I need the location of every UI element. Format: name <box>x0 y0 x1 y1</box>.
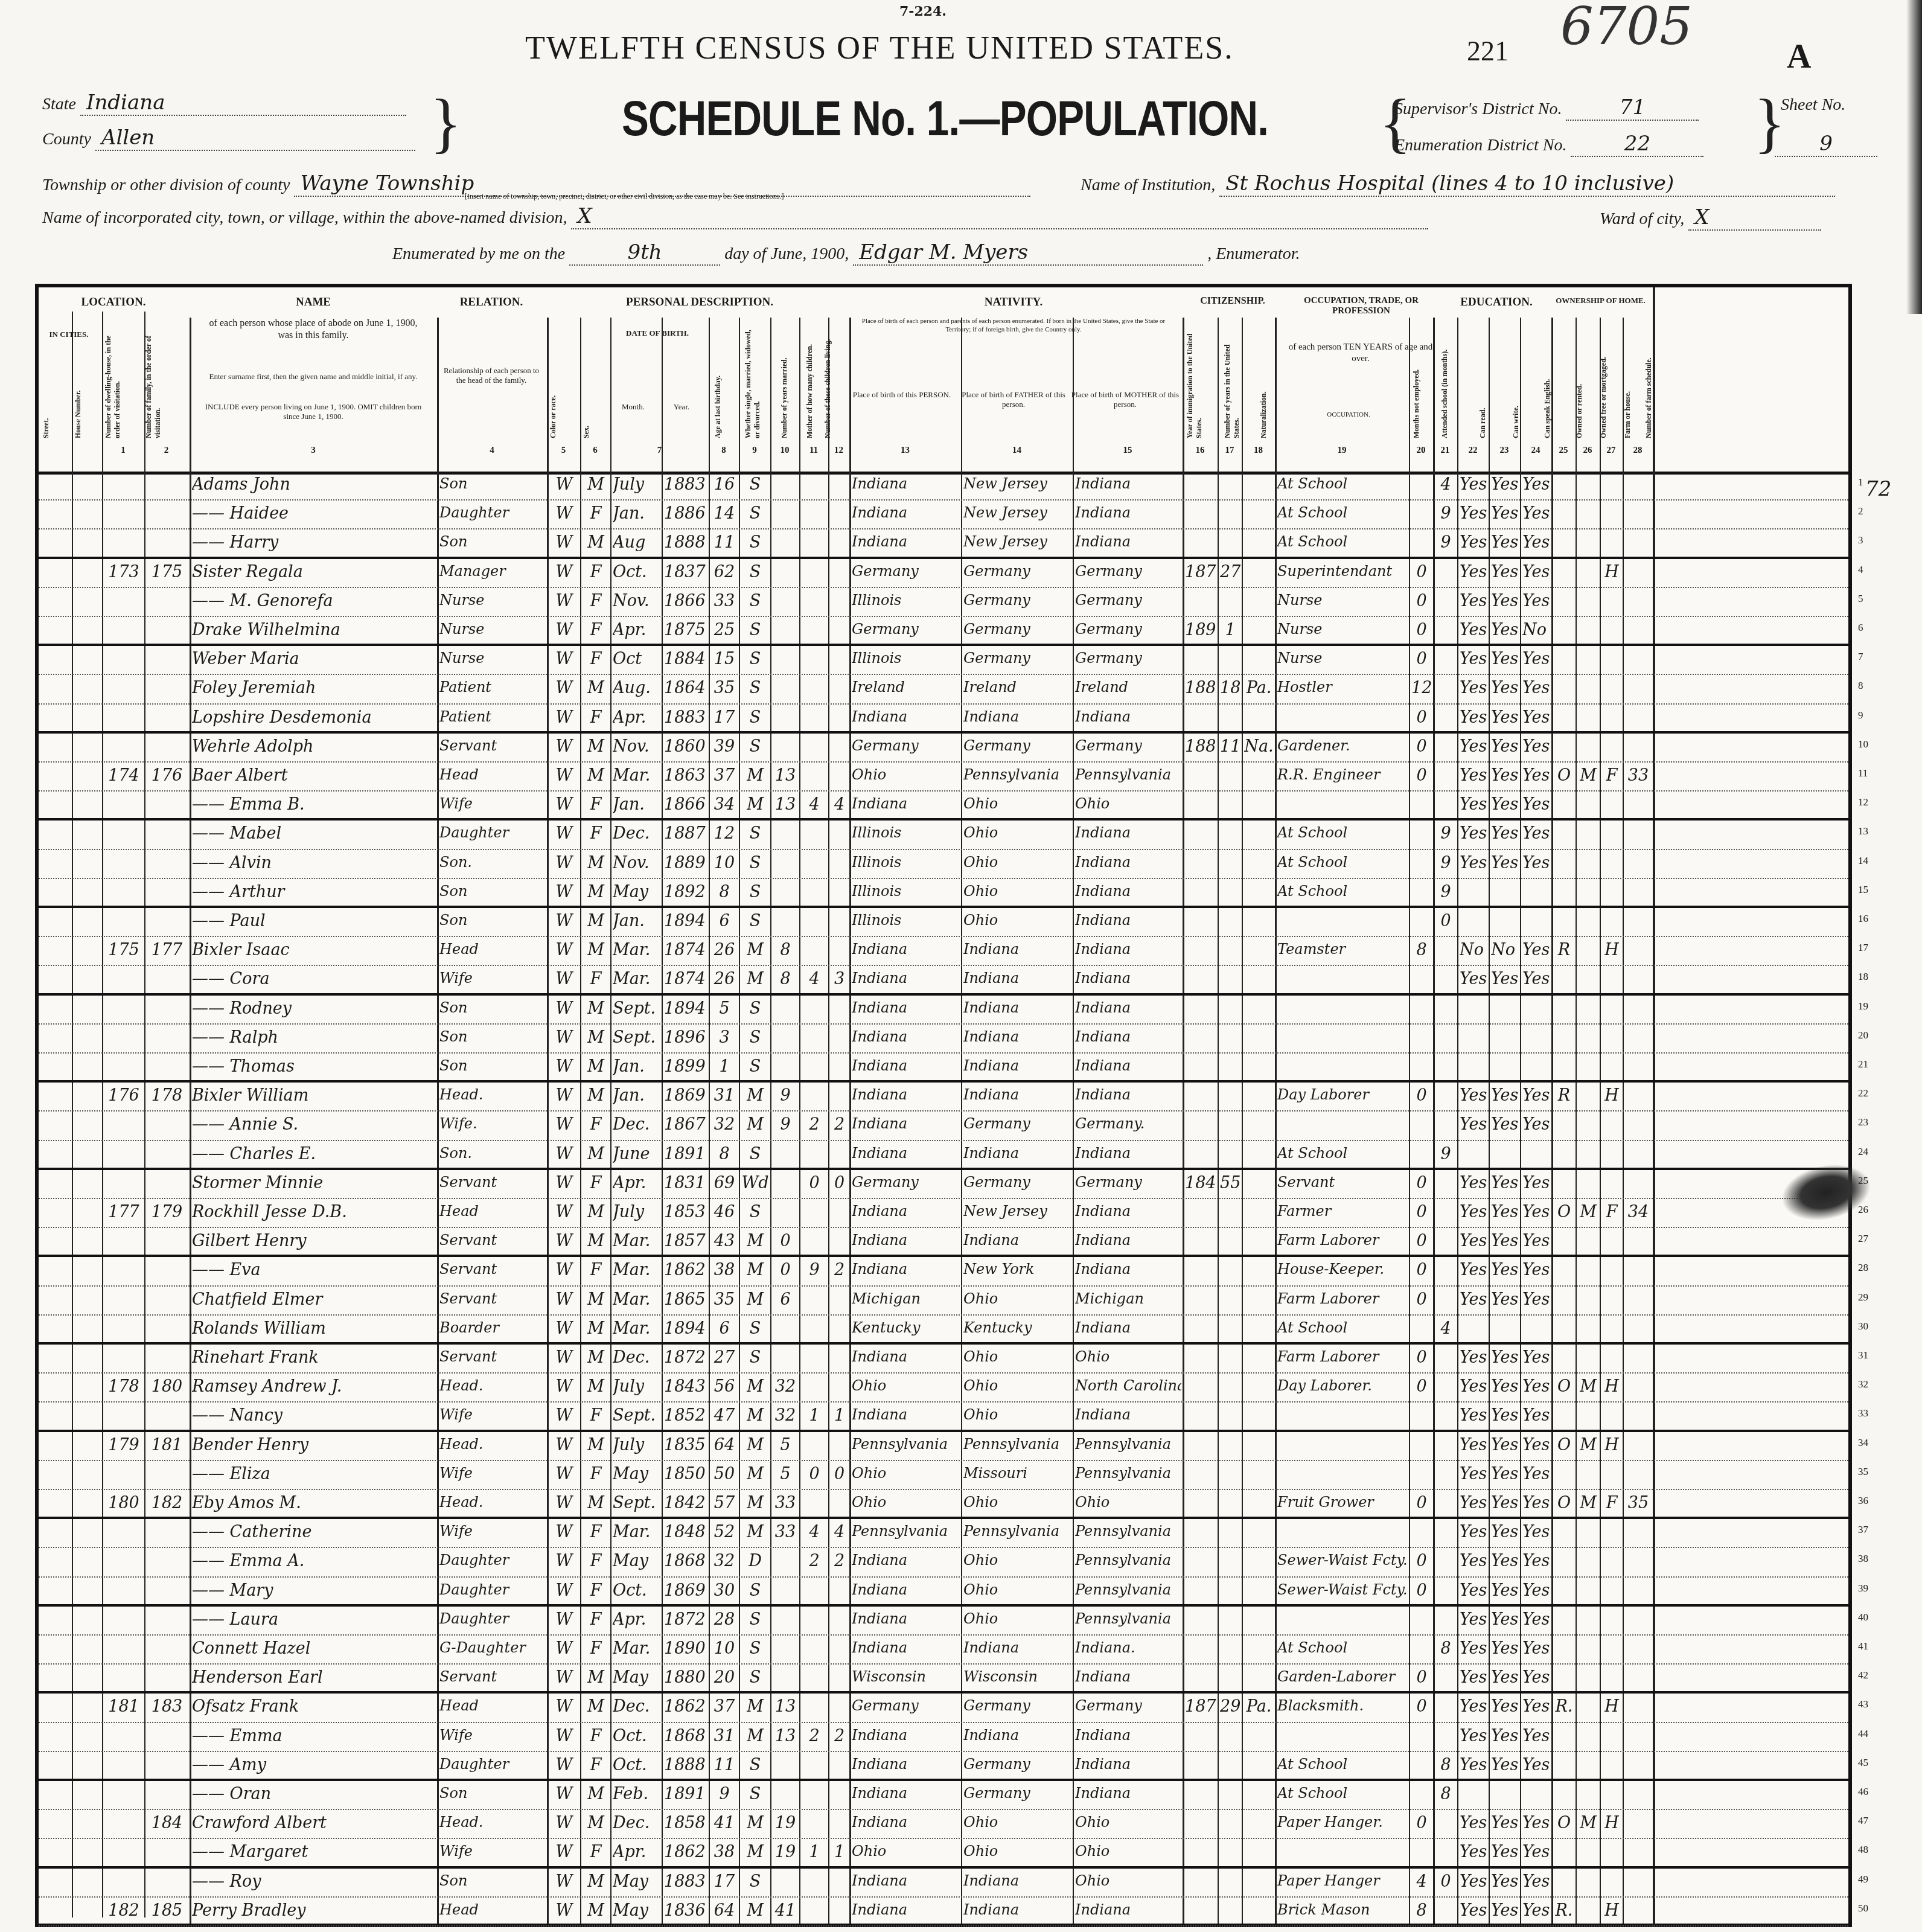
cell-occ: At School <box>1277 475 1408 492</box>
cell-fh: H <box>1602 563 1621 581</box>
brace-state-county: } <box>430 85 462 161</box>
cell-year: 1883 <box>664 1872 707 1891</box>
cell-bm: Ohio <box>1075 1843 1181 1860</box>
cell-month: Nov. <box>613 854 660 872</box>
cell-fam: 184 <box>147 1814 187 1832</box>
line-number: 36 <box>1858 1495 1868 1507</box>
cell-read: Yes <box>1460 1872 1487 1891</box>
cell-occ: At School <box>1277 1785 1408 1802</box>
cell-read: Yes <box>1460 1174 1487 1192</box>
cell-rel: Servant <box>439 1668 546 1685</box>
line-number: 40 <box>1858 1611 1868 1623</box>
cell-year: 1843 <box>664 1377 707 1396</box>
line-number: 47 <box>1858 1815 1868 1827</box>
cell-bf: Germany <box>963 592 1071 609</box>
cell-ch: 4 <box>831 1523 848 1541</box>
cell-ym: 0 <box>773 1232 798 1250</box>
cell-month: Sept. <box>613 1406 660 1425</box>
line-number: 31 <box>1858 1349 1868 1361</box>
cell-sex: M <box>583 737 609 756</box>
cell-write: Yes <box>1491 1203 1519 1221</box>
scan-edge-shadow <box>1906 0 1922 314</box>
cell-age: 11 <box>711 533 738 552</box>
cell-sex: M <box>583 1697 609 1716</box>
label-sex: Sex. <box>582 408 591 438</box>
cell-age: 41 <box>711 1814 738 1832</box>
cell-mar: S <box>741 650 769 668</box>
cell-rel: Wife <box>439 795 546 812</box>
cell-write: Yes <box>1491 970 1519 988</box>
brace-districts-left: { <box>1379 85 1411 161</box>
cell-occ: Farmer <box>1277 1203 1408 1220</box>
cell-color: W <box>549 766 579 785</box>
cell-occ: Paper Hanger. <box>1277 1814 1408 1831</box>
cell-year: 1874 <box>664 970 707 988</box>
cell-bm: Indiana <box>1075 1086 1181 1103</box>
table-row: 177179Rockhill Jesse D.B.HeadWMJuly18534… <box>39 1199 1848 1228</box>
cell-rel: Head <box>439 1697 546 1714</box>
cell-sex: F <box>583 1639 609 1658</box>
cell-bp: Indiana <box>852 1785 960 1802</box>
supervisor-district-value: 71 <box>1566 95 1699 121</box>
cell-occ: R.R. Engineer <box>1277 766 1408 783</box>
cell-month: May <box>613 1668 660 1687</box>
cell-name: Wehrle Adolph <box>192 737 436 756</box>
cell-eng: Yes <box>1522 1436 1550 1454</box>
cell-ym: 9 <box>773 1086 798 1105</box>
cell-bm: Indiana <box>1075 1756 1181 1773</box>
cell-write: Yes <box>1491 1523 1519 1541</box>
cell-read: Yes <box>1460 1086 1487 1105</box>
state-value: Indiana <box>80 91 406 116</box>
cell-year: 1883 <box>664 475 707 494</box>
cell-sch: 8 <box>1435 1756 1456 1774</box>
cell-rel: Servant <box>439 1174 546 1191</box>
cell-bm: Indiana <box>1075 883 1181 900</box>
table-row: 180182Eby Amos M.Head.WMSept.184257M33Oh… <box>39 1490 1848 1519</box>
cell-bp: Indiana <box>852 1203 960 1220</box>
cell-mo: 4 <box>802 795 827 814</box>
cell-rel: Son <box>439 1057 546 1074</box>
cell-bp: Ohio <box>852 1494 960 1511</box>
cell-sch: 9 <box>1435 533 1456 552</box>
cell-color: W <box>549 824 579 843</box>
cell-read: Yes <box>1460 824 1487 843</box>
cell-nat: Pa. <box>1244 1697 1274 1716</box>
cell-bf: Ohio <box>963 883 1071 900</box>
cell-read: Yes <box>1460 708 1487 727</box>
cell-month: Jan. <box>613 912 660 930</box>
cell-age: 8 <box>711 1145 738 1163</box>
cell-bf: Indiana <box>963 1727 1071 1744</box>
cell-color: W <box>549 1261 579 1279</box>
cell-color: W <box>549 1086 579 1105</box>
cell-mo: 9 <box>802 1261 827 1279</box>
cell-bm: Indiana <box>1075 475 1181 492</box>
cell-year: 1869 <box>664 1581 707 1600</box>
cell-sex: M <box>583 1785 609 1803</box>
cell-eng: Yes <box>1522 1668 1550 1687</box>
cell-bp: Indiana <box>852 1581 960 1598</box>
cell-year: 1867 <box>664 1115 707 1134</box>
cell-write: Yes <box>1491 1115 1519 1134</box>
line-number: 49 <box>1858 1873 1868 1886</box>
cell-rel: Head. <box>439 1814 546 1831</box>
line-number: 16 <box>1858 913 1868 925</box>
cell-year: 1836 <box>664 1901 707 1920</box>
cell-month: Jan. <box>613 795 660 814</box>
cell-color: W <box>549 1523 579 1541</box>
cell-age: 47 <box>711 1406 738 1425</box>
cell-age: 35 <box>711 1290 738 1309</box>
cell-imm: 1882 <box>1185 679 1216 697</box>
cell-yus: 29 <box>1220 1697 1240 1716</box>
cell-mar: S <box>741 824 769 843</box>
cell-mar: M <box>741 1494 769 1512</box>
cell-rel: Son. <box>439 1145 546 1162</box>
line-number: 24 <box>1858 1146 1868 1158</box>
cell-unemp: 0 <box>1411 1348 1432 1367</box>
supervisor-district-field: Supervisor's District No. 71 <box>1394 95 1699 121</box>
cell-color: W <box>549 679 579 697</box>
name-description: of each person whose place of abode on J… <box>205 318 422 342</box>
cell-bf: Pennsylvania <box>963 1436 1071 1453</box>
cell-mar: S <box>741 708 769 727</box>
cell-ch: 1 <box>831 1406 848 1425</box>
cell-age: 64 <box>711 1901 738 1920</box>
cell-mar: M <box>741 1465 769 1483</box>
cell-mar: S <box>741 1872 769 1891</box>
cell-dw: 175 <box>104 941 143 959</box>
cell-bm: Pennsylvania <box>1075 1552 1181 1569</box>
cell-sex: F <box>583 1552 609 1570</box>
cell-year: 1894 <box>664 1319 707 1338</box>
cell-read: Yes <box>1460 970 1487 988</box>
cell-bp: Indiana <box>852 1115 960 1132</box>
cell-read: Yes <box>1460 766 1487 785</box>
county-value: Allen <box>95 126 415 151</box>
cell-bf: Indiana <box>963 970 1071 987</box>
cell-read: Yes <box>1460 1494 1487 1512</box>
cell-name: Eby Amos M. <box>192 1494 436 1512</box>
cell-bp: Pennsylvania <box>852 1523 960 1540</box>
cell-year: 1864 <box>664 679 707 697</box>
cell-sch: 9 <box>1435 1145 1456 1163</box>
cell-name: —— Emma <box>192 1727 436 1745</box>
table-row: —— MabelDaughterWFDec.188712SIllinoisOhi… <box>39 820 1848 849</box>
cell-month: Apr. <box>613 1174 660 1192</box>
label-years-in-us: Number of years in the United States. <box>1223 324 1247 438</box>
table-row: —— MaryDaughterWFOct.186930SIndianaOhioP… <box>39 1578 1848 1607</box>
cell-bm: Germany. <box>1075 1115 1181 1132</box>
column-number: 27 <box>1600 446 1623 456</box>
cell-bf: Germany <box>963 737 1071 754</box>
cell-read: Yes <box>1460 1668 1487 1687</box>
cell-mar: M <box>741 1261 769 1279</box>
cell-sex: M <box>583 1436 609 1454</box>
cell-name: —— Eliza <box>192 1465 436 1483</box>
label-months-unemployed: Months not employed. <box>1412 354 1436 438</box>
cell-unemp: 8 <box>1411 941 1432 959</box>
table-row: Connett HazelG-DaughterWFMar.189010SIndi… <box>39 1636 1848 1665</box>
cell-ym: 19 <box>773 1843 798 1861</box>
cell-occ: At School <box>1277 504 1408 521</box>
cell-occ: At School <box>1277 1319 1408 1336</box>
cell-occ: Farm Laborer <box>1277 1348 1408 1365</box>
cell-rel: Patient <box>439 679 546 696</box>
cell-year: 1886 <box>664 504 707 523</box>
cell-fh: H <box>1602 1086 1621 1105</box>
column-number: 1 <box>102 446 144 456</box>
cell-ym: 32 <box>773 1377 798 1396</box>
cell-fam: 180 <box>147 1377 187 1396</box>
line-number: 33 <box>1858 1407 1868 1419</box>
cell-eng: Yes <box>1522 1290 1550 1309</box>
cell-ym: 32 <box>773 1406 798 1425</box>
cell-fam: 181 <box>147 1436 187 1454</box>
cell-bf: Ireland <box>963 679 1071 696</box>
cell-age: 37 <box>711 766 738 785</box>
cell-mar: M <box>741 1086 769 1105</box>
cell-bf: Indiana <box>963 999 1071 1016</box>
cell-month: May <box>613 1552 660 1570</box>
cell-bm: Germany <box>1075 563 1181 580</box>
cell-age: 69 <box>711 1174 738 1192</box>
cell-write: Yes <box>1491 824 1519 843</box>
cell-fam: 177 <box>147 941 187 959</box>
cell-write: Yes <box>1491 1261 1519 1279</box>
cell-age: 17 <box>711 1872 738 1891</box>
cell-rel: Daughter <box>439 1552 546 1569</box>
cell-read: Yes <box>1460 1581 1487 1600</box>
cell-name: —— Cora <box>192 970 436 988</box>
cell-sex: M <box>583 883 609 901</box>
cell-year: 1853 <box>664 1203 707 1221</box>
line-number: 18 <box>1858 971 1868 983</box>
cell-dw: 179 <box>104 1436 143 1454</box>
cell-write: Yes <box>1491 1668 1519 1687</box>
cell-mar: S <box>741 533 769 552</box>
cell-bm: Ohio <box>1075 1814 1181 1831</box>
cell-mar: S <box>741 1348 769 1367</box>
line-number: 21 <box>1858 1058 1868 1070</box>
cell-bp: Indiana <box>852 795 960 812</box>
cell-month: May <box>613 1872 660 1891</box>
cell-occ: Nurse <box>1277 650 1408 667</box>
cell-fam: 183 <box>147 1697 187 1716</box>
cell-sex: M <box>583 766 609 785</box>
line-number: 4 <box>1858 564 1863 576</box>
cell-eng: Yes <box>1522 708 1550 727</box>
cell-own: O <box>1554 1814 1574 1832</box>
cell-sch: 8 <box>1435 1639 1456 1658</box>
cell-bm: Indiana <box>1075 504 1181 521</box>
cell-year: 1883 <box>664 708 707 727</box>
cell-read: Yes <box>1460 1552 1487 1570</box>
census-title: TWELFTH CENSUS OF THE UNITED STATES. <box>525 29 1234 66</box>
cell-bp: Germany <box>852 563 960 580</box>
enumeration-district-value: 22 <box>1571 132 1703 157</box>
cell-unemp: 4 <box>1411 1872 1432 1891</box>
label-can-read: Can read. <box>1478 360 1487 438</box>
cell-year: 1837 <box>664 563 707 581</box>
cell-rel: Head <box>439 1203 546 1220</box>
cell-eng: Yes <box>1522 1872 1550 1891</box>
line-number: 27 <box>1858 1233 1868 1245</box>
cell-color: W <box>549 1057 579 1076</box>
cell-bp: Illinois <box>852 592 960 609</box>
table-row: Lopshire DesdemoniaPatientWFApr.188317SI… <box>39 705 1848 734</box>
column-number: 6 <box>580 446 610 456</box>
cell-bf: Germany <box>963 1697 1071 1714</box>
cell-color: W <box>549 1203 579 1221</box>
cell-eng: Yes <box>1522 1901 1550 1920</box>
cell-rel: Manager <box>439 563 546 580</box>
cell-eng: Yes <box>1522 795 1550 814</box>
cell-eng: Yes <box>1522 941 1550 959</box>
cell-mar: M <box>741 1697 769 1716</box>
cell-read: Yes <box>1460 1901 1487 1920</box>
cell-imm: 1899 <box>1185 621 1216 639</box>
county-field: County Allen <box>42 126 415 151</box>
cell-ch: 3 <box>831 970 848 988</box>
column-number: 8 <box>709 446 739 456</box>
cell-occ: Farm Laborer <box>1277 1232 1408 1249</box>
cell-year: 1896 <box>664 1028 707 1047</box>
year-label: Year. <box>657 402 706 412</box>
cell-read: Yes <box>1460 1115 1487 1134</box>
cell-mar: M <box>741 1377 769 1396</box>
line-number: 28 <box>1858 1262 1868 1274</box>
cell-month: Oct. <box>613 1727 660 1745</box>
cell-mar: S <box>741 912 769 930</box>
cell-mar: M <box>741 795 769 814</box>
cell-mar: S <box>741 1203 769 1221</box>
cell-rel: Patient <box>439 708 546 725</box>
cell-write: Yes <box>1491 1901 1519 1920</box>
cell-bp: Illinois <box>852 912 960 929</box>
cell-color: W <box>549 1668 579 1687</box>
cell-imm: 1873 <box>1185 563 1216 581</box>
table-row: Wehrle AdolphServantWMNov.186039SGermany… <box>39 734 1848 763</box>
cell-name: —— M. Genorefa <box>192 592 436 610</box>
cell-color: W <box>549 1901 579 1920</box>
cell-mar: S <box>741 1057 769 1076</box>
cell-occ: Fruit Grower <box>1277 1494 1408 1511</box>
cell-bf: Germany <box>963 650 1071 667</box>
cell-read: Yes <box>1460 1290 1487 1309</box>
cell-write: Yes <box>1491 1086 1519 1105</box>
cell-write: Yes <box>1491 1610 1519 1629</box>
cell-dw: 181 <box>104 1697 143 1716</box>
column-number: 7 <box>610 446 709 456</box>
state-field: State Indiana <box>42 91 406 116</box>
cell-bm: Indiana <box>1075 999 1181 1016</box>
cell-eng: Yes <box>1522 1552 1550 1570</box>
cell-eng: Yes <box>1522 737 1550 756</box>
cell-mar: M <box>741 1523 769 1541</box>
cell-bf: Ohio <box>963 1552 1071 1569</box>
cell-occ: Superintendant <box>1277 563 1408 580</box>
cell-bm: Michigan <box>1075 1290 1181 1307</box>
cell-name: —— Nancy <box>192 1406 436 1425</box>
cell-bp: Illinois <box>852 650 960 667</box>
cell-bm: Germany <box>1075 592 1181 609</box>
cell-mo: 4 <box>802 1523 827 1541</box>
cell-mar: S <box>741 621 769 639</box>
city-field: Name of incorporated city, town, or vill… <box>42 204 1428 229</box>
cell-bp: Indiana <box>852 1872 960 1889</box>
cell-month: June <box>613 1145 660 1163</box>
cell-mo: 2 <box>802 1115 827 1134</box>
date-of-birth-label: DATE OF BIRTH. <box>609 328 706 338</box>
column-number: 14 <box>961 446 1073 456</box>
cell-year: 1862 <box>664 1697 707 1716</box>
cell-year: 1869 <box>664 1086 707 1105</box>
cell-read: Yes <box>1460 1348 1487 1367</box>
table-header: LOCATION. IN CITIES. NAME of each person… <box>39 287 1848 475</box>
cell-mar: S <box>741 1756 769 1774</box>
cell-eng: Yes <box>1522 1610 1550 1629</box>
cell-bm: Indiana <box>1075 1203 1181 1220</box>
cell-color: W <box>549 1436 579 1454</box>
cell-unemp: 0 <box>1411 708 1432 727</box>
cell-mar: M <box>741 1232 769 1250</box>
cell-read: No <box>1460 941 1487 959</box>
label-speak-english: Can speak English. <box>1543 336 1552 438</box>
label-farm-house: Farm or house. <box>1623 342 1632 438</box>
column-number: 13 <box>849 446 961 456</box>
cell-eng: Yes <box>1522 1377 1550 1396</box>
cell-bm: Indiana <box>1075 941 1181 958</box>
cell-mar: S <box>741 592 769 610</box>
cell-age: 26 <box>711 970 738 988</box>
cell-bp: Indiana <box>852 1028 960 1045</box>
line-number: 46 <box>1858 1786 1868 1798</box>
cell-bp: Ohio <box>852 1377 960 1394</box>
cell-bm: Germany <box>1075 737 1181 754</box>
cell-rel: Son <box>439 883 546 900</box>
cell-rel: Head. <box>439 1494 546 1511</box>
table-row: Stormer MinnieServantWFApr.183169Wd00Ger… <box>39 1170 1848 1199</box>
cell-bp: Ireland <box>852 679 960 696</box>
cell-name: Weber Maria <box>192 650 436 668</box>
cell-name: —— Amy <box>192 1756 436 1774</box>
cell-bp: Indiana <box>852 1086 960 1103</box>
cell-unemp: 12 <box>1411 679 1432 697</box>
cell-color: W <box>549 854 579 872</box>
cell-year: 1892 <box>664 883 707 901</box>
cell-fam: 178 <box>147 1086 187 1105</box>
cell-month: Jan. <box>613 504 660 523</box>
cell-unemp: 0 <box>1411 1261 1432 1279</box>
line-number: 22 <box>1858 1087 1868 1099</box>
table-row: —— OranSonWMFeb.18919SIndianaGermanyIndi… <box>39 1781 1848 1810</box>
cell-eng: Yes <box>1522 1465 1550 1483</box>
cell-year: 1858 <box>664 1814 707 1832</box>
column-number: 4 <box>437 446 547 456</box>
cell-year: 1887 <box>664 824 707 843</box>
cell-sex: F <box>583 563 609 581</box>
line-number: 44 <box>1858 1728 1868 1740</box>
cell-read: Yes <box>1460 650 1487 668</box>
table-row: —— HarrySonWMAug188811SIndianaNew Jersey… <box>39 529 1848 558</box>
group-ownership-of-home: OWNERSHIP OF HOME. <box>1551 296 1650 305</box>
cell-read: Yes <box>1460 563 1487 581</box>
cell-year: 1863 <box>664 766 707 785</box>
cell-sex: F <box>583 1727 609 1745</box>
cell-bp: Ohio <box>852 1843 960 1860</box>
